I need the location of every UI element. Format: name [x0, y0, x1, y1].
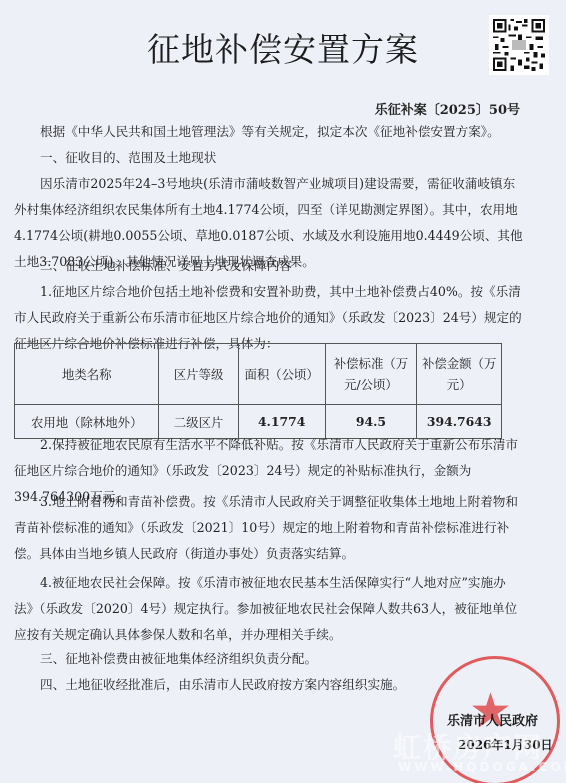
header-cell: 区片等级: [159, 344, 238, 405]
header-cell: 补偿标准（万元/公顷）: [325, 344, 417, 405]
table-header-row: 地类名称 区片等级 面积（公顷） 补偿标准（万元/公顷） 补偿金额（万元）: [15, 344, 502, 405]
document-page: 征地补偿安置方案 乐征补案〔2025〕50号 根据《中华人民: [0, 0, 566, 783]
document-title: 征地补偿安置方案: [0, 24, 566, 71]
section2-heading: 二、征收土地补偿标准、安置方式及保障内容: [14, 253, 524, 279]
header-cell: 地类名称: [15, 344, 159, 405]
compensation-table: 地类名称 区片等级 面积（公顷） 补偿标准（万元/公顷） 补偿金额（万元） 农用…: [14, 343, 502, 439]
section3-paragraph: 三、征地补偿费由被征地集体经济组织负责分配。: [14, 646, 524, 672]
document-number: 乐征补案〔2025〕50号: [375, 99, 520, 118]
section1-heading: 一、征收目的、范围及土地现状: [14, 145, 524, 171]
watermark-url: WWW.HQDOGA.COM: [398, 760, 566, 774]
header-cell: 补偿金额（万元）: [417, 344, 502, 405]
qr-code-icon: [489, 15, 549, 75]
intro-paragraph: 根据《中华人民共和国土地管理法》等有关规定，拟定本次《征地补偿安置方案》。: [14, 119, 524, 145]
header-cell: 面积（公顷）: [238, 344, 325, 405]
item4-paragraph: 4.被征地农民社会保障。按《乐清市被征地农民基本生活保障实行“人地对应”实施办法…: [14, 570, 524, 648]
item3-paragraph: 3.地上附着物和青苗补偿费。按《乐清市人民政府关于调整征收集体土地地上附着物和青…: [14, 489, 524, 567]
